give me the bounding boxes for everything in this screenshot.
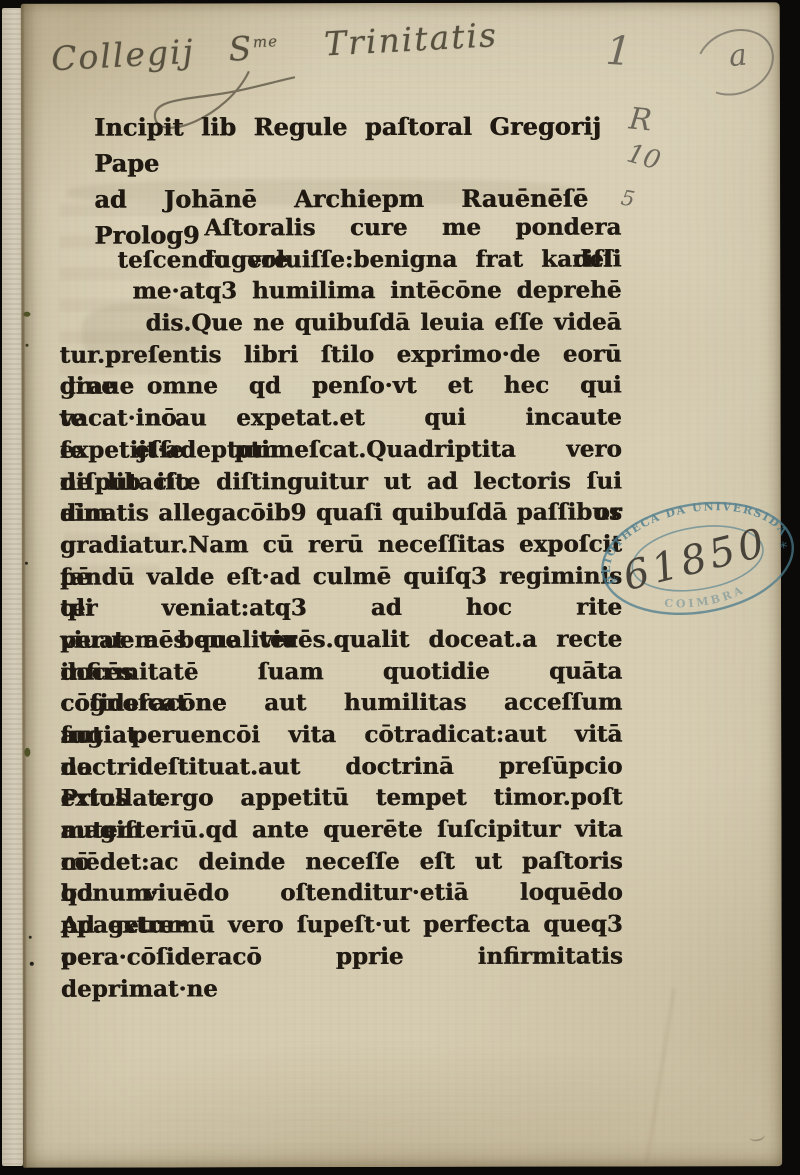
- ex-libris-word: S: [228, 28, 255, 68]
- text-line: Aſtoralis cure me pondera fugere deli: [204, 212, 621, 245]
- speck: [25, 562, 28, 565]
- folio-number: 1: [604, 28, 633, 76]
- fold-shadow: [646, 988, 676, 1161]
- text-line: na deſtituat.aut doctrinā preſūpcio exto…: [60, 750, 622, 783]
- paper-leaf: CollegijSmeTrinitatis 1 a R 10 5 Incipit…: [21, 2, 782, 1168]
- text-line: pera·cōſideracō pprie infirmitatis depri…: [61, 940, 623, 973]
- text-block: Aſtoralis cure me pondera fugere deli te…: [59, 212, 623, 974]
- text-line: te nō expetat.et qui incaute expetijt·ad…: [60, 402, 622, 435]
- text-line: dinatis allegacōib9 quaſi quibuſdā paſſi…: [60, 497, 622, 530]
- speck: [30, 962, 34, 966]
- text-line: magiſteriū.qd ante querēte ſuſcipitur vi…: [60, 814, 622, 847]
- stamp-star-icon: *: [610, 573, 621, 592]
- shelfmark-number: 5: [619, 186, 636, 212]
- text-line: cognoſcat·ne aut humilitas acceſſum fugi…: [60, 687, 622, 720]
- shelfmark-number: 10: [624, 139, 664, 177]
- text-line: mēdet:ac deinde neceſſe eſt ut paſtoris …: [61, 845, 623, 878]
- scanned-incunable-page: CollegijSmeTrinitatis 1 a R 10 5 Incipit…: [0, 0, 800, 1175]
- shelfmark-letter: R: [627, 101, 653, 138]
- text-line: gradiatur.Nam cū rerū neceſſitas expoſci…: [60, 528, 622, 561]
- speck: [23, 312, 30, 317]
- ex-libris-word: Trinitatis: [323, 15, 499, 63]
- ex-libris-superscript: me: [252, 32, 278, 51]
- quire-letter: a: [727, 37, 749, 74]
- pencil-squiggle: [748, 1129, 766, 1143]
- text-line: ſandū valde eſt·ad culmē quiſq3 regimini…: [60, 560, 622, 593]
- speck: [25, 344, 28, 347]
- text-line: me·atq3 humilima intēcōne deprehē: [132, 275, 621, 308]
- text-line: teſcendo voluiſſe:benigna frat kariſſi: [117, 243, 621, 276]
- text-line: Ad extremū vero ſupeſt·ut perfecta queq3…: [61, 909, 623, 942]
- text-line: dis.Que ne quibuſdā leuia eſſe videā: [145, 307, 621, 340]
- text-line: dine omne qd penſo·vt et hec qui vacat·i…: [60, 370, 622, 403]
- text-line: tur.preſentis libri ſtilo exprimo·de eor…: [59, 338, 621, 371]
- text-line: ne lib iſte diſtinguitur ut ad lectoris …: [60, 465, 622, 498]
- text-line: ſe eſſe ptimeſcat.Quadriptita vero diſpu…: [60, 433, 622, 466]
- text-line: infirmitatē ſuam quotidie quāta cōſidera…: [60, 655, 622, 688]
- text-line: ter veniat:atq3 ad hoc rite peruemēs·qua…: [60, 592, 622, 625]
- incipit-line: Incipit lib Regule paſtoral Gregorij Pap…: [94, 109, 601, 182]
- speck: [29, 936, 32, 939]
- text-line: viuat a bene viuēs.qualit doceat.a recte…: [60, 623, 622, 656]
- text-line: aut peruencōi vita cōtradicat:aut vitā d…: [60, 719, 622, 752]
- text-line: qd viuēdo oſtenditur·etiā loquēdo ppaget…: [61, 877, 623, 910]
- speck: [24, 748, 30, 757]
- stamp-star-icon: *: [779, 538, 790, 557]
- text-line: Prius ergo appetitū tempet timor.poſt au…: [60, 782, 622, 815]
- book-page-edges: [2, 8, 23, 1166]
